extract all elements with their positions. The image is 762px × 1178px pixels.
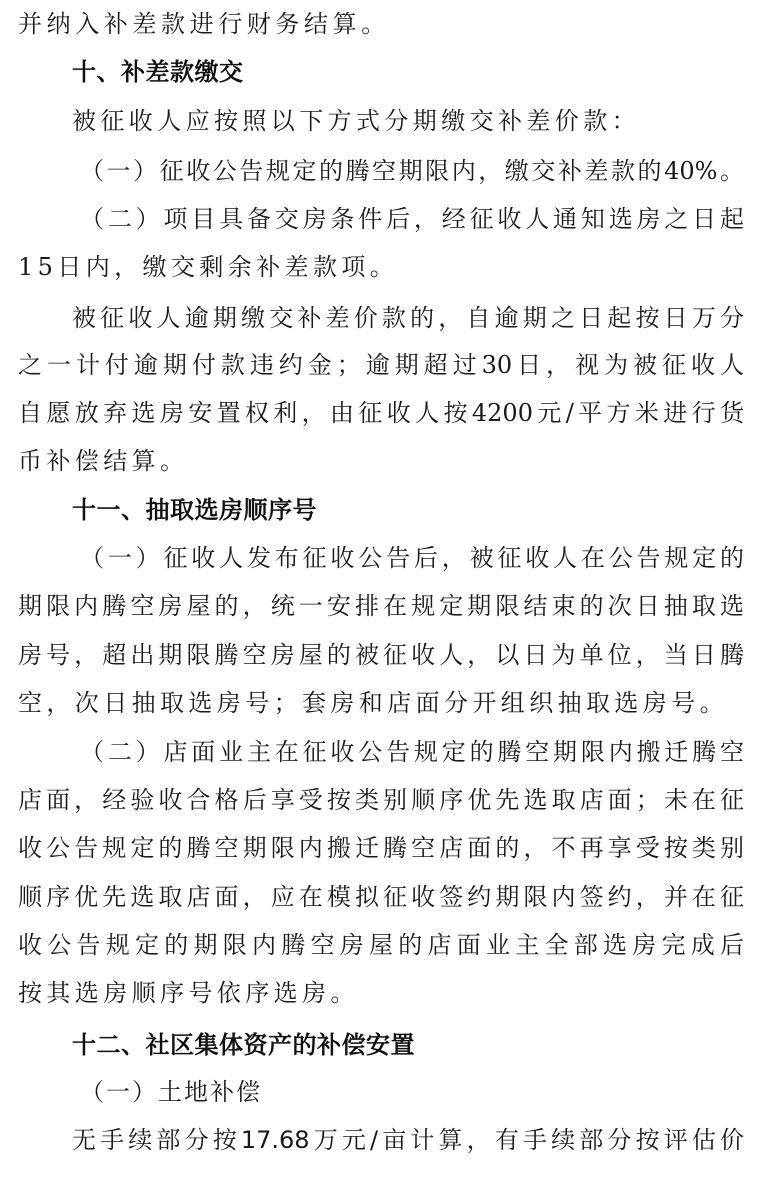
section11-item1-line4: 空，次日抽取选房号；套房和店面分开组织抽取选房号。 bbox=[18, 679, 744, 727]
section10-penalty-line4: 币补偿结算。 bbox=[18, 437, 744, 485]
section10-penalty-line2: 之一计付逾期付款违约金；逾期超过30日，视为被征收人 bbox=[18, 341, 744, 389]
section11-item1-line3: 房号，超出期限腾空房屋的被征收人，以日为单位，当日腾 bbox=[18, 631, 744, 679]
section11-item2-line6: 按其选房顺序号依序选房。 bbox=[18, 969, 744, 1017]
section11-item2-line4: 顺序优先选取店面，应在模拟征收签约期限内签约，并在征 bbox=[18, 873, 744, 921]
section9-tail: 并纳入补差款进行财务结算。 bbox=[18, 0, 358, 48]
section11-item2-line1: （二）店面业主在征收公告规定的腾空期限内搬迁腾空 bbox=[80, 728, 744, 776]
document-page: 并纳入补差款进行财务结算。 十、补差款缴交 被征收人应按照以下方式分期缴交补差价… bbox=[0, 0, 762, 1178]
section12-sub1-title: （一）土地补偿 bbox=[80, 1068, 744, 1116]
section11-item1-line2: 期限内腾空房屋的，统一安排在规定期限结束的次日抽取选 bbox=[18, 582, 744, 630]
section11-item1-line1: （一）征收人发布征收公告后，被征收人在公告规定的 bbox=[80, 534, 744, 582]
section10-heading: 十、补差款缴交 bbox=[72, 48, 744, 96]
section12-heading: 十二、社区集体资产的补偿安置 bbox=[72, 1021, 744, 1069]
section11-heading: 十一、抽取选房顺序号 bbox=[72, 486, 744, 534]
section11-item2-line5: 收公告规定的期限内腾空房屋的店面业主全部选房完成后 bbox=[18, 921, 744, 969]
section10-intro: 被征收人应按照以下方式分期缴交补差价款： bbox=[72, 97, 744, 145]
section10-penalty-line3: 自愿放弃选房安置权利，由征收人按4200元/平方米进行货 bbox=[18, 389, 744, 437]
section10-item2-line1: （二）项目具备交房条件后，经征收人通知选房之日起 bbox=[80, 195, 744, 243]
section10-item1: （一）征收公告规定的腾空期限内，缴交补差款的40%。 bbox=[80, 147, 744, 195]
section12-sub1-line1: 无手续部分按17.68万元/亩计算，有手续部分按评估价 bbox=[72, 1116, 744, 1164]
section11-item2-line2: 店面，经验收合格后享受按类别顺序优先选取店面；未在征 bbox=[18, 776, 744, 824]
section10-penalty-line1: 被征收人逾期缴交补差价款的，自逾期之日起按日万分 bbox=[72, 294, 744, 342]
section10-item2-line2: 15日内，缴交剩余补差款项。 bbox=[18, 243, 744, 291]
section11-item2-line3: 收公告规定的腾空期限内搬迁腾空店面的，不再享受按类别 bbox=[18, 824, 744, 872]
